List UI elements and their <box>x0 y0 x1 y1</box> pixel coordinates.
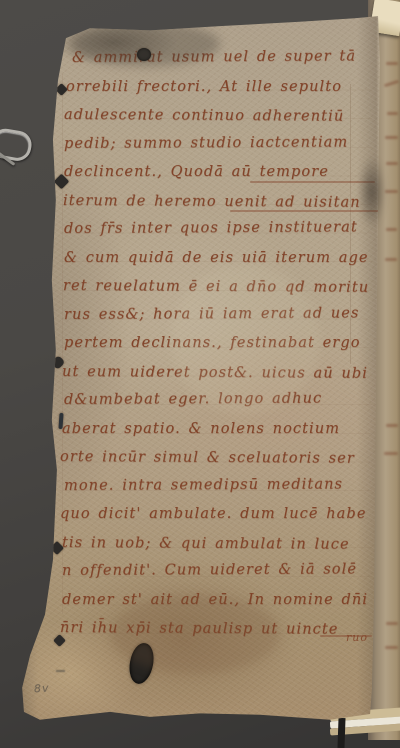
catchword: ruo <box>346 631 368 644</box>
ghost-text-mark <box>385 136 398 139</box>
text-line: iterum de heremo uenit ad uisitan <box>63 194 361 210</box>
ghost-text-mark <box>386 228 397 231</box>
parchment-leaf: & ammirat usum uel de super tā orrebili … <box>20 14 382 724</box>
text-line: n offendit'. Cum uideret & iā solē <box>62 562 357 578</box>
ghost-text-mark <box>386 62 398 65</box>
text-line: orrebili frectori., At ille sepulto <box>66 80 342 95</box>
stain <box>70 22 220 66</box>
manuscript-photo: & ammirat usum uel de super tā orrebili … <box>0 0 400 748</box>
ghost-text-mark <box>384 452 398 455</box>
ghost-text-mark <box>387 112 398 115</box>
text-line: adulescente continuo adherentiū <box>64 108 344 124</box>
text-line: aberat spatio. & nolens noctium <box>62 422 340 437</box>
margin-rule-left <box>62 74 63 614</box>
folio-number: 8v <box>34 681 50 695</box>
text-line: & cum quidā de eis uiā iterum age <box>64 251 369 266</box>
ghost-text-mark <box>386 622 398 625</box>
book-support-rod <box>337 718 345 748</box>
ghost-text-mark <box>386 424 398 427</box>
text-line: declincent., Quodā aū tempore <box>64 165 329 180</box>
ghost-text-mark <box>385 258 397 261</box>
stain <box>170 264 320 414</box>
pencil-mark <box>56 670 65 672</box>
ghost-text-mark <box>386 162 398 165</box>
text-line: dos fr̄s inter quos ipse instituerat <box>64 220 358 236</box>
ghost-text-mark <box>384 80 399 87</box>
text-line: quo dicit' ambulate. dum lucē habe <box>60 507 367 522</box>
stain <box>110 594 280 674</box>
text-line: pedib; summo studio iactcentiam <box>64 136 348 152</box>
fold-stain <box>358 156 386 228</box>
ghost-text-mark <box>385 190 398 193</box>
text-line: mone. intra semedipsū meditans <box>64 478 343 494</box>
text-line: tis in uob; & qui ambulat in luce <box>62 536 350 552</box>
ink-rule <box>250 181 375 183</box>
paperclip <box>0 123 38 184</box>
text-line: orte incūr simul & sceluatoris ser <box>60 450 355 466</box>
ghost-text-mark <box>385 646 398 649</box>
